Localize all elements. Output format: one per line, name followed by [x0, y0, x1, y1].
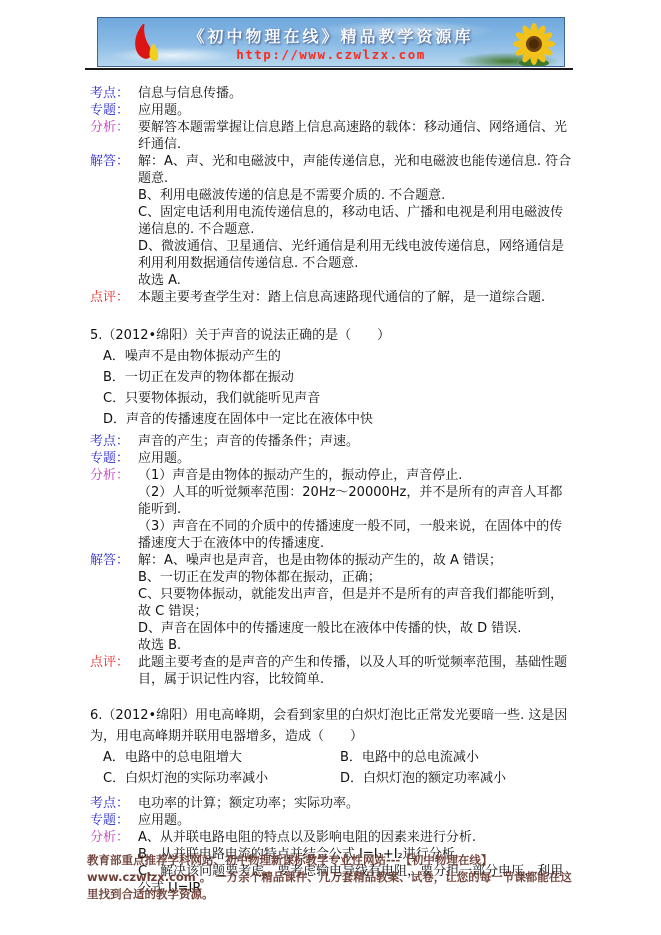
zhuanti-label: 专题： [90, 102, 138, 119]
zhuanti-text: 应用题。 [138, 102, 572, 119]
kaodian-row: 考点： 信息与信息传播。 [90, 85, 572, 102]
kaodian-text: 电功率的计算；额定功率；实际功率。 [138, 795, 572, 812]
question-6-option-d: D．白炽灯泡的额定功率减小 [340, 768, 572, 789]
question-6-option-a: A．电路中的总电阻增大 [103, 747, 340, 768]
question-6-options: A．电路中的总电阻增大 B．电路中的总电流减小 C．白炽灯泡的实际功率减小 D．… [90, 747, 572, 789]
footer-note: 教育部重点推荐学科网站、初中物理新课标教学专业性网站---【初中物理在线】www… [87, 852, 575, 903]
sunflower-icon [512, 22, 556, 66]
jieda-label: 解答： [90, 153, 138, 289]
banner-text-group: 《初中物理在线》精品教学资源库 http://www.czwlzx.com [168, 21, 494, 65]
question-5-option-a: A．噪声不是由物体振动产生的 [103, 346, 572, 367]
page-root: 《初中物理在线》精品教学资源库 http://www.czwlzx.com [0, 0, 661, 935]
site-logo-icon [128, 22, 164, 64]
zhuanti-row: 专题： 应用题。 [90, 812, 572, 829]
kaodian-label: 考点： [90, 795, 138, 812]
site-url-link[interactable]: http://www.czwlzx.com [236, 47, 426, 62]
jieda-text: 解：A、噪声也是声音，也是由物体的振动产生的，故 A 错误； B、一切正在发声的… [138, 552, 572, 654]
zhuanti-label: 专题： [90, 450, 138, 467]
kaodian-text: 声音的产生；声音的传播条件；声速。 [138, 433, 572, 450]
jieda-text: 解：A、声、光和电磁波中，声能传递信息，光和电磁波也能传递信息. 符合题意. B… [138, 153, 572, 289]
fenxi-text: （1）声音是由物体的振动产生的，振动停止，声音停止. （2）人耳的听觉频率范围：… [138, 467, 572, 552]
zhuanti-text: 应用题。 [138, 812, 572, 829]
site-title: 《初中物理在线》精品教学资源库 [188, 24, 473, 47]
question-5-stem: 5.（2012•绵阳）关于声音的说法正确的是（ ） [90, 325, 572, 346]
fenxi-text: 要解答本题需掌握让信息踏上信息高速路的载体：移动通信、网络通信、光纤通信. [138, 119, 572, 153]
zhuanti-label: 专题： [90, 812, 138, 829]
explanation-block-1: 考点： 信息与信息传播。 专题： 应用题。 分析： 要解答本题需掌握让信息踏上信… [90, 85, 572, 306]
dianping-row: 点评： 本题主要考查学生对：踏上信息高速路现代通信的了解，是一道综合题. [90, 289, 572, 306]
question-5-option-b: B．一切正在发声的物体都在振动 [103, 367, 572, 388]
fenxi-label: 分析： [90, 119, 138, 153]
question-6-stem: 6.（2012•绵阳）用电高峰期，会看到家里的白炽灯泡比正常发光要暗一些. 这是… [90, 705, 572, 747]
zhuanti-row: 专题： 应用题。 [90, 102, 572, 119]
question-5-option-c: C．只要物体振动，我们就能听见声音 [103, 388, 572, 409]
question-6-option-b: B．电路中的总电流减小 [340, 747, 572, 768]
dianping-label: 点评： [90, 654, 138, 688]
jieda-row: 解答： 解：A、噪声也是声音，也是由物体的振动产生的，故 A 错误； B、一切正… [90, 552, 572, 654]
fenxi-row: 分析： 要解答本题需掌握让信息踏上信息高速路的载体：移动通信、网络通信、光纤通信… [90, 119, 572, 153]
kaodian-row: 考点： 声音的产生；声音的传播条件；声速。 [90, 433, 572, 450]
dianping-text: 此题主要考查的是声音的产生和传播，以及人耳的听觉频率范围，基础性题目，属于识记性… [138, 654, 572, 688]
dianping-row: 点评： 此题主要考查的是声音的产生和传播，以及人耳的听觉频率范围，基础性题目，属… [90, 654, 572, 688]
kaodian-row: 考点： 电功率的计算；额定功率；实际功率。 [90, 795, 572, 812]
question-5-options: A．噪声不是由物体振动产生的 B．一切正在发声的物体都在振动 C．只要物体振动，… [90, 346, 572, 430]
explanation-block-2: 考点： 声音的产生；声音的传播条件；声速。 专题： 应用题。 分析： （1）声音… [90, 433, 572, 688]
header-divider [85, 68, 573, 70]
kaodian-label: 考点： [90, 85, 138, 102]
fenxi-label: 分析： [90, 467, 138, 552]
kaodian-text: 信息与信息传播。 [138, 85, 572, 102]
question-6: 6.（2012•绵阳）用电高峰期，会看到家里的白炽灯泡比正常发光要暗一些. 这是… [90, 705, 572, 789]
kaodian-label: 考点： [90, 433, 138, 450]
question-5: 5.（2012•绵阳）关于声音的说法正确的是（ ） A．噪声不是由物体振动产生的… [90, 325, 572, 430]
question-5-option-d: D．声音的传播速度在固体中一定比在液体中快 [103, 409, 572, 430]
header-banner: 《初中物理在线》精品教学资源库 http://www.czwlzx.com [97, 17, 565, 67]
dianping-label: 点评： [90, 289, 138, 306]
zhuanti-row: 专题： 应用题。 [90, 450, 572, 467]
zhuanti-text: 应用题。 [138, 450, 572, 467]
question-6-option-c: C．白炽灯泡的实际功率减小 [103, 768, 340, 789]
jieda-label: 解答： [90, 552, 138, 654]
jieda-row: 解答： 解：A、声、光和电磁波中，声能传递信息，光和电磁波也能传递信息. 符合题… [90, 153, 572, 289]
fenxi-row: 分析： （1）声音是由物体的振动产生的，振动停止，声音停止. （2）人耳的听觉频… [90, 467, 572, 552]
dianping-text: 本题主要考查学生对：踏上信息高速路现代通信的了解，是一道综合题. [138, 289, 572, 306]
document-body: 考点： 信息与信息传播。 专题： 应用题。 分析： 要解答本题需掌握让信息踏上信… [90, 85, 572, 897]
